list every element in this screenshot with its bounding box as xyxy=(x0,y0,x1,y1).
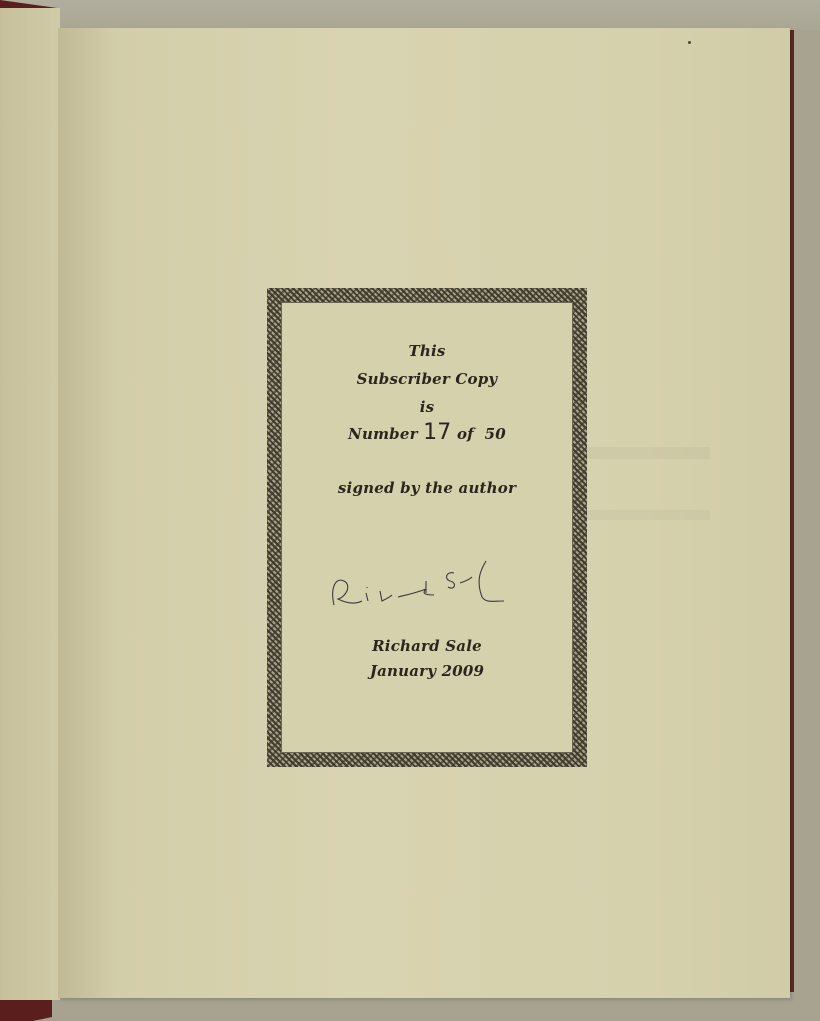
number-of: of xyxy=(457,425,474,443)
copy-number: 17 xyxy=(423,420,451,445)
cert-date: January 2009 xyxy=(281,662,573,680)
cover-edge-right xyxy=(790,30,794,992)
cert-line-is: is xyxy=(281,398,573,416)
number-prefix: Number xyxy=(348,425,418,443)
backdrop xyxy=(0,0,820,30)
edition-size: 50 xyxy=(485,425,506,443)
cert-line-number: Number 17 of 50 xyxy=(281,420,573,445)
flyleaf xyxy=(0,8,60,1000)
cert-line-signed: signed by the author xyxy=(281,479,573,497)
cert-line-subscriber-copy: Subscriber Copy xyxy=(281,370,573,388)
cert-line-this: This xyxy=(281,342,573,360)
subscriber-certificate: This Subscriber Copy is Number 17 of 50 … xyxy=(267,288,587,767)
author-signature xyxy=(326,547,526,617)
cert-author-name: Richard Sale xyxy=(281,637,573,655)
paper-speck xyxy=(688,41,691,44)
